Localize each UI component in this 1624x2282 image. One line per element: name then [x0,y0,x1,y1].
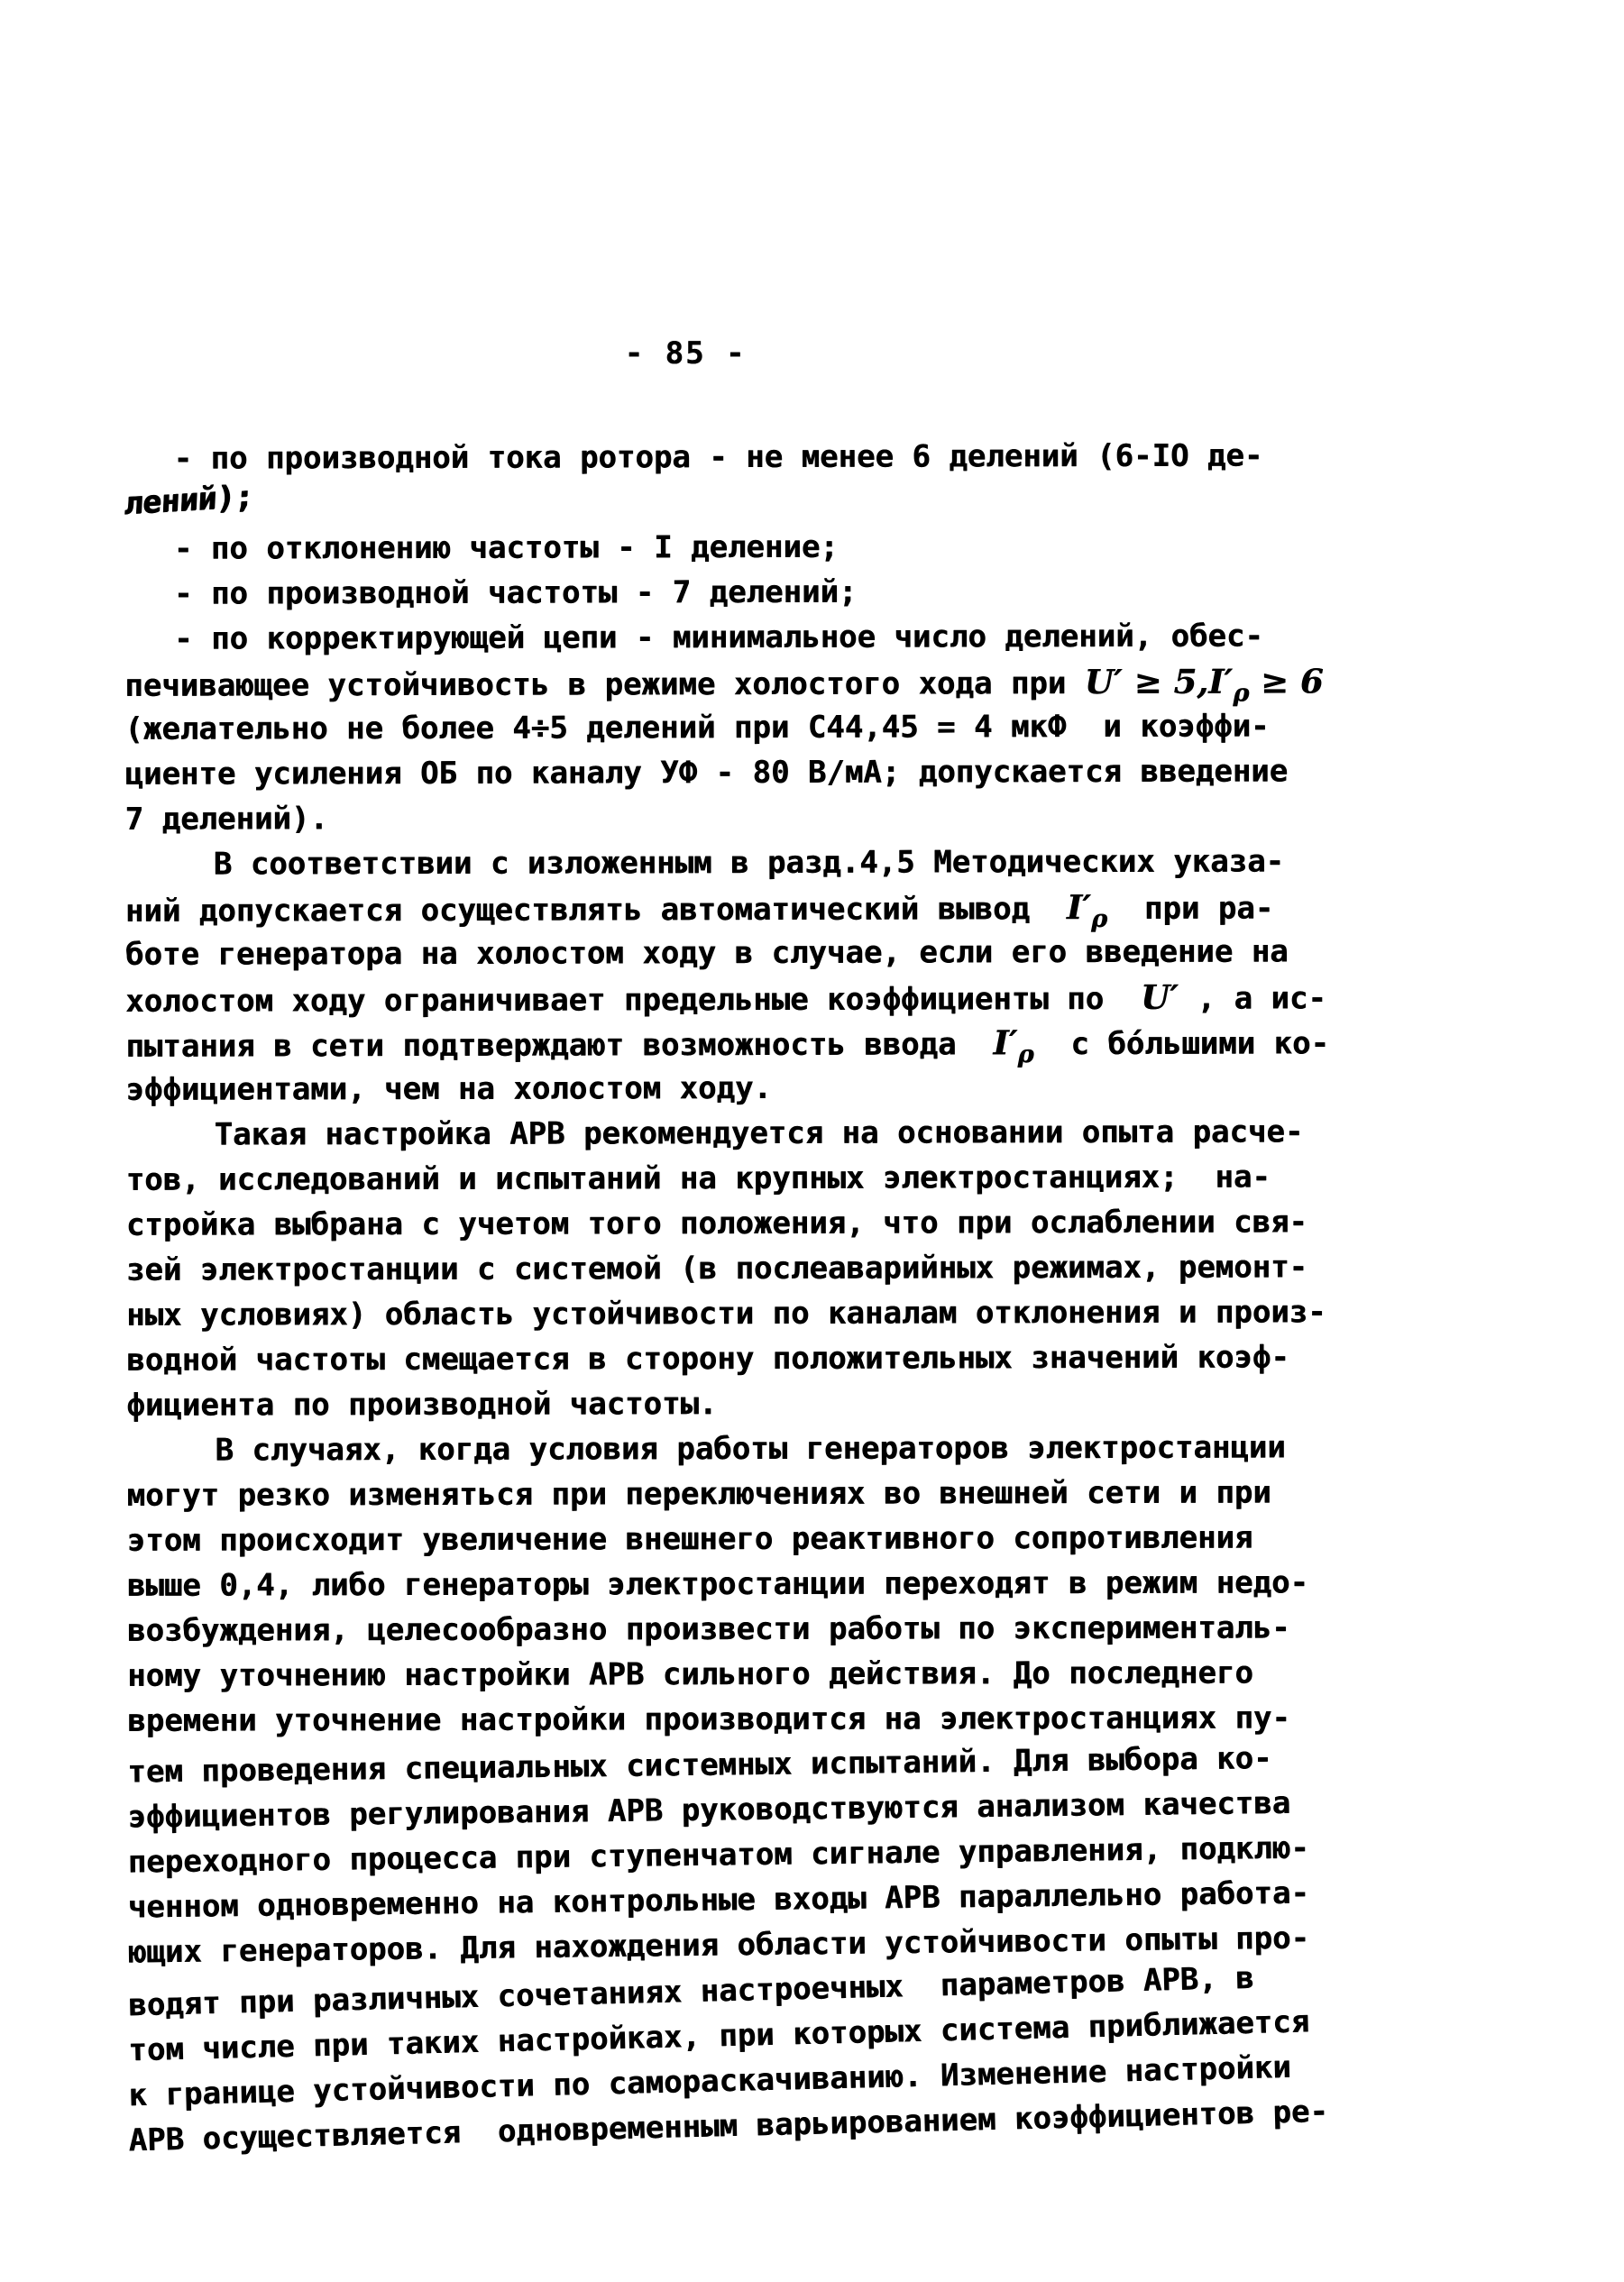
text-line: этом происходит увеличение внешнего реак… [127,1515,1408,1563]
text-line: возбуждения, целесообразно произвести ра… [127,1605,1408,1654]
text-line: зей электростанции с системой (в послеав… [126,1244,1407,1293]
text-line: циенте усиления ОБ по каналу УФ - 80 В/м… [124,748,1405,797]
text-line: 7 делений). [125,793,1406,842]
text-line: В соответствии с изложенным в разд.4,5 М… [125,839,1406,887]
text-line: боте генератора на холостом ходу в случа… [125,929,1406,977]
text-line: В случаях, когда условия работы генерато… [126,1425,1407,1473]
text-line: стройка выбрана с учетом того положения,… [126,1199,1407,1248]
text-line: холостом ходу ограничивает предельные ко… [125,974,1406,1022]
math-symbol: ≥ 6 [1249,661,1324,701]
text-line: печивающее устойчивость в режиме холосто… [124,658,1405,707]
math-subscript: ρ [1017,1040,1033,1068]
text-line: ному уточнению настройки АРВ сильного де… [127,1650,1408,1699]
math-symbol: I′ [993,1022,1017,1062]
text-line: могут резко изменяться при переключениях… [127,1470,1408,1518]
text-line: выше 0,4, либо генераторы электростанции… [127,1560,1408,1608]
text-line: ных условиях) область устойчивости по ка… [126,1289,1407,1338]
text-line: тов, исследований и испытаний на крупных… [126,1154,1407,1203]
text-line: эффициентами, чем на холостом ходу. [125,1064,1406,1113]
scanned-document-page: - 85 - - по производной тока ротора - не… [0,0,1624,2282]
text-line: водной частоты смещается в сторону полож… [126,1334,1407,1383]
page-number: - 85 - [126,335,1244,371]
math-symbol: U′ [1141,977,1179,1017]
math-symbol: U′ ≥ 5,I′ [1085,662,1234,701]
text-line: ний допускается осуществлять автоматичес… [125,884,1406,932]
text-line: (желательно не более 4÷5 делений при С44… [124,703,1405,752]
text-line: фициента по производной частоты. [126,1379,1407,1428]
document-lines: - по производной тока ротора - не менее … [124,433,1409,2149]
text-line: Такая настройка АРВ рекомендуется на осн… [125,1109,1406,1158]
text-line: - по производной частоты - 7 делений; [124,568,1405,617]
text-line: - по корректирующей цепи - минимальное ч… [124,613,1405,662]
text-line: - по отклонению частоты - I деление; [124,523,1405,572]
text-line: пытания в сети подтверждают возможность … [125,1019,1406,1068]
math-symbol: I′ [1067,887,1091,927]
